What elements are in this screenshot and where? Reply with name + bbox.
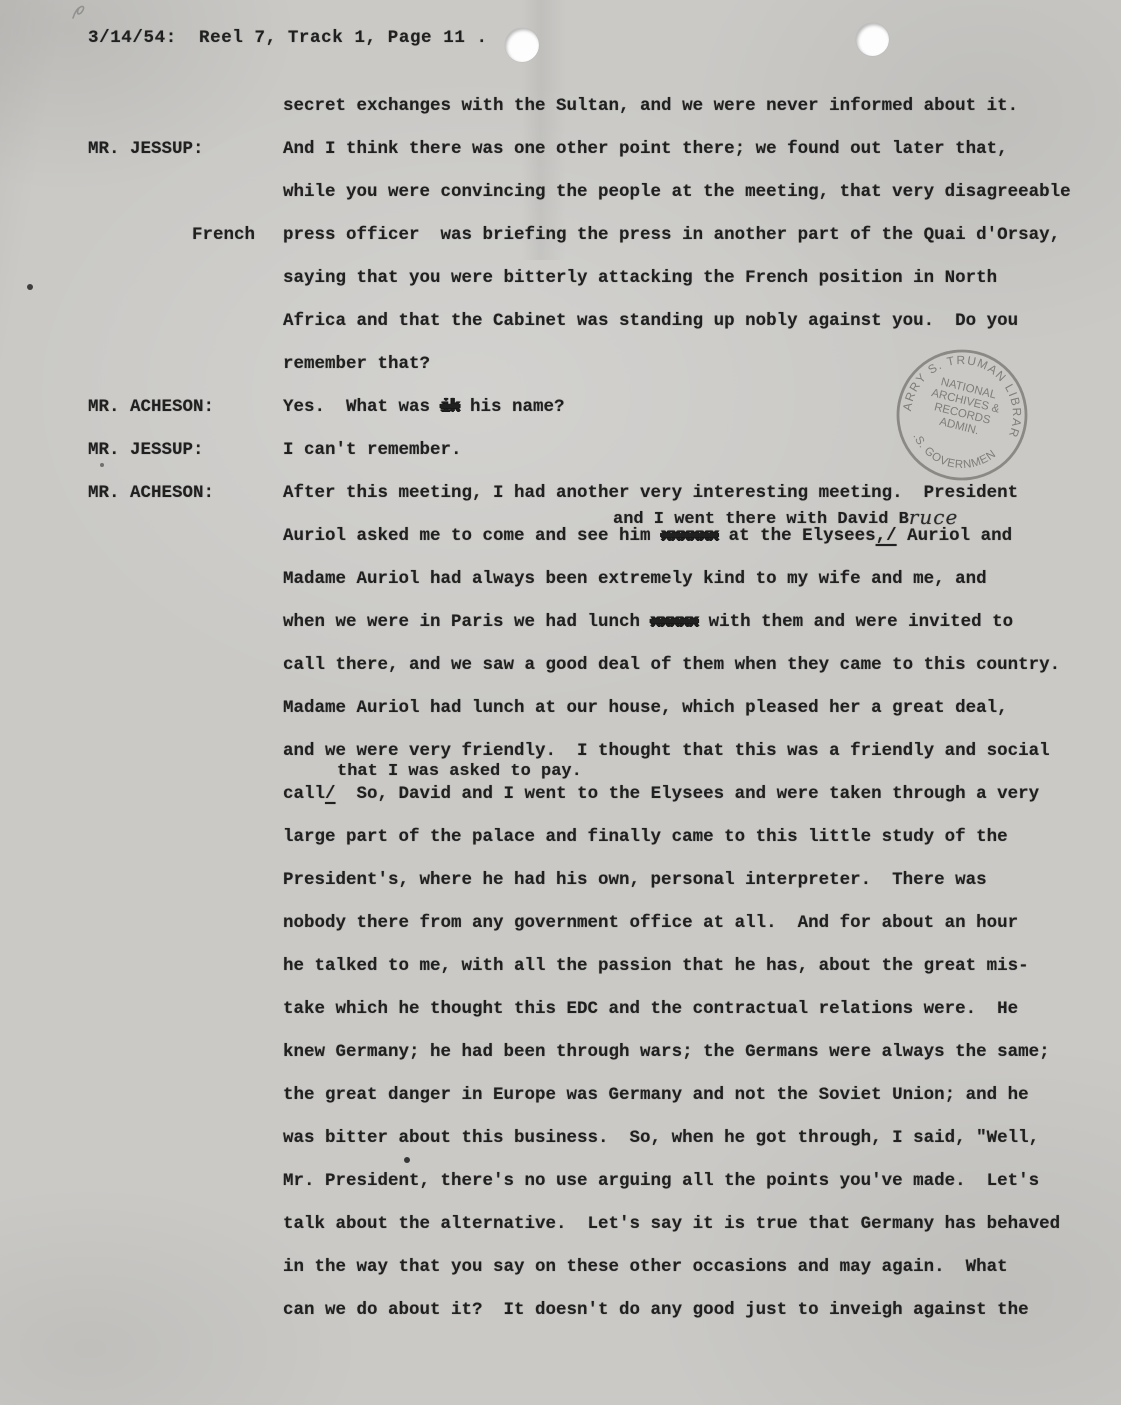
transcript-line: Madame Auriol had lunch at our house, wh… [0, 698, 1121, 741]
text-segment: secret exchanges with the Sultan, and we… [283, 96, 1018, 116]
line-text: press officer was briefing the press in … [283, 225, 1060, 245]
transcript-line: call/ So, David and I went to the Elysee… [0, 784, 1121, 827]
text-segment: call [283, 784, 325, 804]
transcript-line: Madame Auriol had always been extremely … [0, 569, 1121, 612]
transcript-line: large part of the palace and finally cam… [0, 827, 1121, 870]
line-text: while you were convincing the people at … [283, 182, 1071, 202]
line-text: large part of the palace and finally cam… [283, 827, 1008, 847]
line-text: secret exchanges with the Sultan, and we… [283, 96, 1018, 116]
text-segment: that I was asked to pay. [337, 762, 582, 781]
text-segment: take which he thought this EDC and the c… [283, 999, 1018, 1019]
text-segment: Mr. President, there's no use arguing al… [283, 1171, 1039, 1191]
transcript-line: nobody there from any government office … [0, 913, 1121, 956]
ink-dot [404, 1157, 410, 1163]
line-text: President's, where he had his own, perso… [283, 870, 987, 890]
text-segment: with them and were invited to [698, 612, 1013, 632]
transcript-line: secret exchanges with the Sultan, and we… [0, 96, 1121, 139]
hole-punch-left [505, 28, 539, 62]
transcript-line: while you were convincing the people at … [0, 182, 1121, 225]
text-segment: So, David and I went to the Elysees and … [336, 784, 1040, 804]
line-text: Madame Auriol had always been extremely … [283, 569, 987, 589]
line-text: nobody there from any government office … [283, 913, 1018, 933]
line-text: call there, and we saw a good deal of th… [283, 655, 1060, 675]
ink-dot [27, 284, 33, 290]
text-segment: And I think there was one other point th… [283, 139, 1008, 159]
transcript-line: Frenchpress officer was briefing the pre… [0, 225, 1121, 268]
line-text: remember that? [283, 354, 430, 374]
line-text: the great danger in Europe was Germany a… [283, 1085, 1029, 1105]
line-text: and we were very friendly. I thought tha… [283, 741, 1050, 761]
text-segment: remember that? [283, 354, 430, 374]
transcript-line: he talked to me, with all the passion th… [0, 956, 1121, 999]
text-segment: at the Elysees [718, 526, 876, 546]
transcript-line: in the way that you say on these other o… [0, 1257, 1121, 1300]
line-text: when we were in Paris we had lunch xxxxx… [283, 612, 1013, 632]
text-segment: Auriol and [897, 526, 1013, 546]
text-segment: the great danger in Europe was Germany a… [283, 1085, 1029, 1105]
scanned-transcript-page: 3/14/54: Reel 7, Track 1, Page 11 . secr… [0, 0, 1121, 1405]
transcript-line: knew Germany; he had been through wars; … [0, 1042, 1121, 1085]
text-segment: President's, where he had his own, perso… [283, 870, 987, 890]
transcript-line: President's, where he had his own, perso… [0, 870, 1121, 913]
text-segment: press officer was briefing the press in … [283, 225, 1060, 245]
text-segment: and we were very friendly. I thought tha… [283, 741, 1050, 761]
line-text: Yes. What was ik his name? [283, 397, 565, 417]
line-text: take which he thought this EDC and the c… [283, 999, 1018, 1019]
text-segment: can we do about it? It doesn't do any go… [283, 1300, 1029, 1320]
line-text: was bitter about this business. So, when… [283, 1128, 1039, 1148]
archive-stamp: HARRY S. TRUMAN LIBRARY U.S. GOVERNMENT … [872, 325, 1052, 505]
transcript-line: Auriol asked me to come and see him xxxx… [0, 526, 1121, 569]
text-segment: saying that you were bitterly attacking … [283, 268, 997, 288]
transcript-line: the great danger in Europe was Germany a… [0, 1085, 1121, 1128]
text-segment: large part of the palace and finally cam… [283, 827, 1008, 847]
text-segment: Madame Auriol had lunch at our house, wh… [283, 698, 1008, 718]
line-text: can we do about it? It doesn't do any go… [283, 1300, 1029, 1320]
inserted-correction: that I was asked to pay. [337, 762, 582, 781]
strike-text: ik [441, 397, 460, 417]
line-text: And I think there was one other point th… [283, 139, 1008, 159]
transcript-line: saying that you were bitterly attacking … [0, 268, 1121, 311]
speaker-label: MR. ACHESON: [88, 397, 214, 417]
transcript-line: call there, and we saw a good deal of th… [0, 655, 1121, 698]
transcript-line: can we do about it? It doesn't do any go… [0, 1300, 1121, 1343]
line-text: I can't remember. [283, 440, 462, 460]
line-text: knew Germany; he had been through wars; … [283, 1042, 1050, 1062]
text-segment: nobody there from any government office … [283, 913, 1018, 933]
text-segment: Yes. What was [283, 397, 441, 417]
transcript-line: take which he thought this EDC and the c… [0, 999, 1121, 1042]
text-segment: Auriol asked me to come and see him [283, 526, 661, 546]
u-text: ,/ [876, 526, 897, 546]
text-segment: Madame Auriol had always been extremely … [283, 569, 987, 589]
strike-text: xxxxxx [661, 526, 718, 546]
hole-punch-right [856, 23, 889, 56]
line-text: Madame Auriol had lunch at our house, wh… [283, 698, 1008, 718]
transcript-line: was bitter about this business. So, when… [0, 1128, 1121, 1171]
speaker-label: MR. JESSUP: [88, 440, 204, 460]
line-text: Auriol asked me to come and see him xxxx… [283, 526, 1012, 546]
page-header: 3/14/54: Reel 7, Track 1, Page 11 . [88, 28, 488, 48]
text-segment: was bitter about this business. So, when… [283, 1128, 1039, 1148]
strike-text: xxxxx [651, 612, 699, 632]
line-text: saying that you were bitterly attacking … [283, 268, 997, 288]
speaker-label: MR. ACHESON: [88, 483, 214, 503]
pencil-squiggle [70, 2, 94, 24]
text-segment: I can't remember. [283, 440, 462, 460]
text-segment: in the way that you say on these other o… [283, 1257, 1008, 1277]
transcript: secret exchanges with the Sultan, and we… [0, 96, 1121, 1343]
speaker-label: MR. JESSUP: [88, 139, 204, 159]
text-segment: call there, and we saw a good deal of th… [283, 655, 1060, 675]
hand-text: ruce [909, 505, 958, 529]
text-segment: he talked to me, with all the passion th… [283, 956, 1029, 976]
line-text: Mr. President, there's no use arguing al… [283, 1171, 1039, 1191]
inserted-correction: and I went there with David Bruce [613, 504, 958, 529]
line-text: he talked to me, with all the passion th… [283, 956, 1029, 976]
line-text: in the way that you say on these other o… [283, 1257, 1008, 1277]
text-segment: when we were in Paris we had lunch [283, 612, 651, 632]
text-segment: knew Germany; he had been through wars; … [283, 1042, 1050, 1062]
text-segment: and I went there with David B [613, 510, 909, 529]
text-segment: his name? [460, 397, 565, 417]
line-text: call/ So, David and I went to the Elysee… [283, 784, 1039, 804]
transcript-line: Mr. President, there's no use arguing al… [0, 1171, 1121, 1214]
text-segment: talk about the alternative. Let's say it… [283, 1214, 1060, 1234]
text-segment: while you were convincing the people at … [283, 182, 1071, 202]
u-text: / [325, 784, 336, 804]
transcript-line: when we were in Paris we had lunch xxxxx… [0, 612, 1121, 655]
ink-dot [100, 463, 104, 467]
transcript-line: MR. JESSUP:And I think there was one oth… [0, 139, 1121, 182]
transcript-line: talk about the alternative. Let's say it… [0, 1214, 1121, 1257]
line-text: talk about the alternative. Let's say it… [283, 1214, 1060, 1234]
margin-word: French [192, 225, 255, 245]
